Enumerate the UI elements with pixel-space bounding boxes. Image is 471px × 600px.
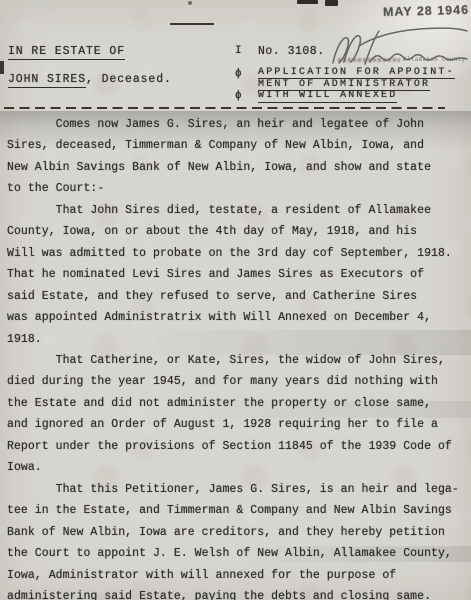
case-number: No. 3108. xyxy=(258,45,325,58)
petition-body-text: Comes now James G. Sires, an heir and le… xyxy=(7,114,459,600)
scan-artifact-mark xyxy=(325,0,338,6)
scan-artifact-mark xyxy=(0,61,4,74)
top-rule xyxy=(170,23,214,25)
caption-separator-glyph: I xyxy=(235,45,242,57)
caption-separator-glyph: ϕ xyxy=(235,90,242,102)
stamp-county-label: Allamakee County xyxy=(403,56,465,63)
illegible-stamp-text xyxy=(338,58,400,62)
decedent-suffix: , Deceased. xyxy=(86,73,172,86)
dashed-divider xyxy=(4,107,445,109)
caption-separator-glyph: ϕ xyxy=(235,68,242,80)
clerk-stamp-caption: Allamakee County xyxy=(338,55,470,64)
document-title-line: WITH WILL ANNEXED xyxy=(258,91,397,102)
document-title-line: APPLICATION FOR APPOINT- xyxy=(258,68,455,79)
document-title: APPLICATION FOR APPOINT- MENT OF ADMINIS… xyxy=(258,68,455,103)
date-received-stamp: MAY 28 1946 xyxy=(383,3,467,19)
scan-artifact-mark xyxy=(297,0,318,4)
scan-artifact-mark xyxy=(188,1,192,5)
scanned-court-document: MAY 28 1946 Allamakee County IN RE ESTAT… xyxy=(0,0,471,600)
case-caption-decedent: JOHN SIRES, Deceased. xyxy=(8,73,172,86)
case-caption-title: IN RE ESTATE OF xyxy=(8,45,125,60)
decedent-name: JOHN SIRES xyxy=(8,73,86,88)
